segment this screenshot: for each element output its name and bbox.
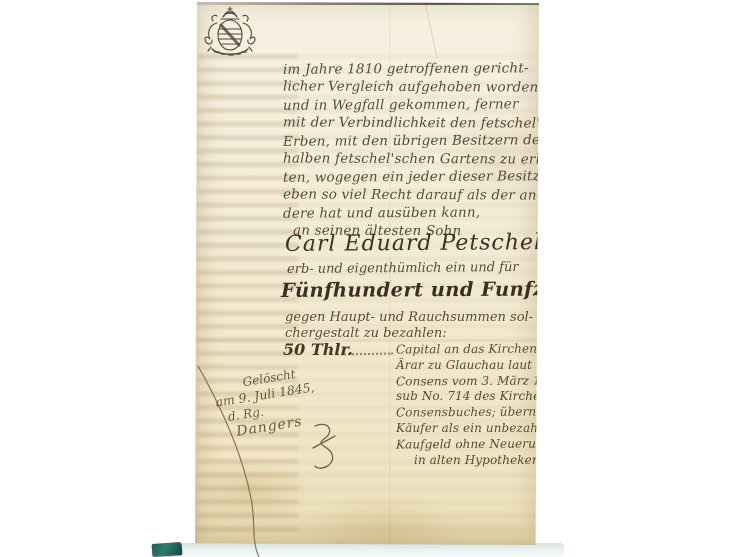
manuscript-line: Erben, mit den übrigen Besitzern des	[283, 131, 538, 151]
ledger-line: Consensbuches; übernimmt	[396, 405, 538, 422]
buyer-name: Carl Eduard Petschel	[285, 230, 542, 257]
manuscript-line: licher Vergleich aufgehoben worden	[283, 77, 538, 96]
seal-ribbon	[152, 542, 183, 557]
paraph-flourish	[307, 422, 343, 474]
purchase-sum: Fünfhundert und Funfzig Thaler	[281, 277, 647, 302]
ledger-line: Capital an das Kirchen-	[396, 342, 538, 359]
ledger-line: Consens vom 3. März 1834	[396, 373, 538, 390]
amount-figure: 50 Thlr.	[283, 340, 353, 359]
ledger-line: in alten Hypothekenrechten	[396, 453, 538, 469]
manuscript-body: im Jahre 1810 getroffenen gericht- liche…	[283, 60, 538, 240]
manuscript-line: und in Wegfall gekommen, ferner	[283, 95, 538, 115]
coat-of-arms-stamp-icon	[199, 5, 261, 63]
manuscript-line: mit der Verbindlichkeit den fetschel'sch…	[283, 113, 538, 132]
manuscript-line: chergestalt zu bezahlen:	[285, 326, 447, 341]
manuscript-line: gegen Haupt- und Rauchsummen sol-	[285, 310, 533, 325]
document-page: im Jahre 1810 getroffenen gericht- liche…	[195, 2, 539, 545]
manuscript-line: halben fetschel'schen Gartens zu erhal-	[283, 149, 538, 168]
manuscript-line: im Jahre 1810 getroffenen gericht-	[283, 59, 538, 79]
scan-background: im Jahre 1810 getroffenen gericht- liche…	[0, 0, 740, 557]
manuscript-line: ten, wogegen ein jeder dieser Besitzer	[283, 167, 538, 187]
manuscript-line: erb- und eigenthümlich ein und für	[287, 260, 519, 277]
manuscript-line: eben so viel Recht darauf als der an-	[283, 185, 538, 204]
ledger-line: sub No. 714 des Kirchen-	[396, 389, 538, 405]
manuscript-line: dere hat und ausüben kann,	[283, 203, 538, 223]
ledger-column: Capital an das Kirchen- Ärar zu Glauchau…	[396, 342, 538, 468]
ledger-line: Ärar zu Glauchau laut	[396, 358, 538, 374]
ledger-line: Kaufgeld ohne Neuerung	[396, 436, 538, 453]
ledger-line: Käufer als ein unbezahltes	[396, 421, 538, 437]
scan-backing-strip	[176, 543, 564, 557]
